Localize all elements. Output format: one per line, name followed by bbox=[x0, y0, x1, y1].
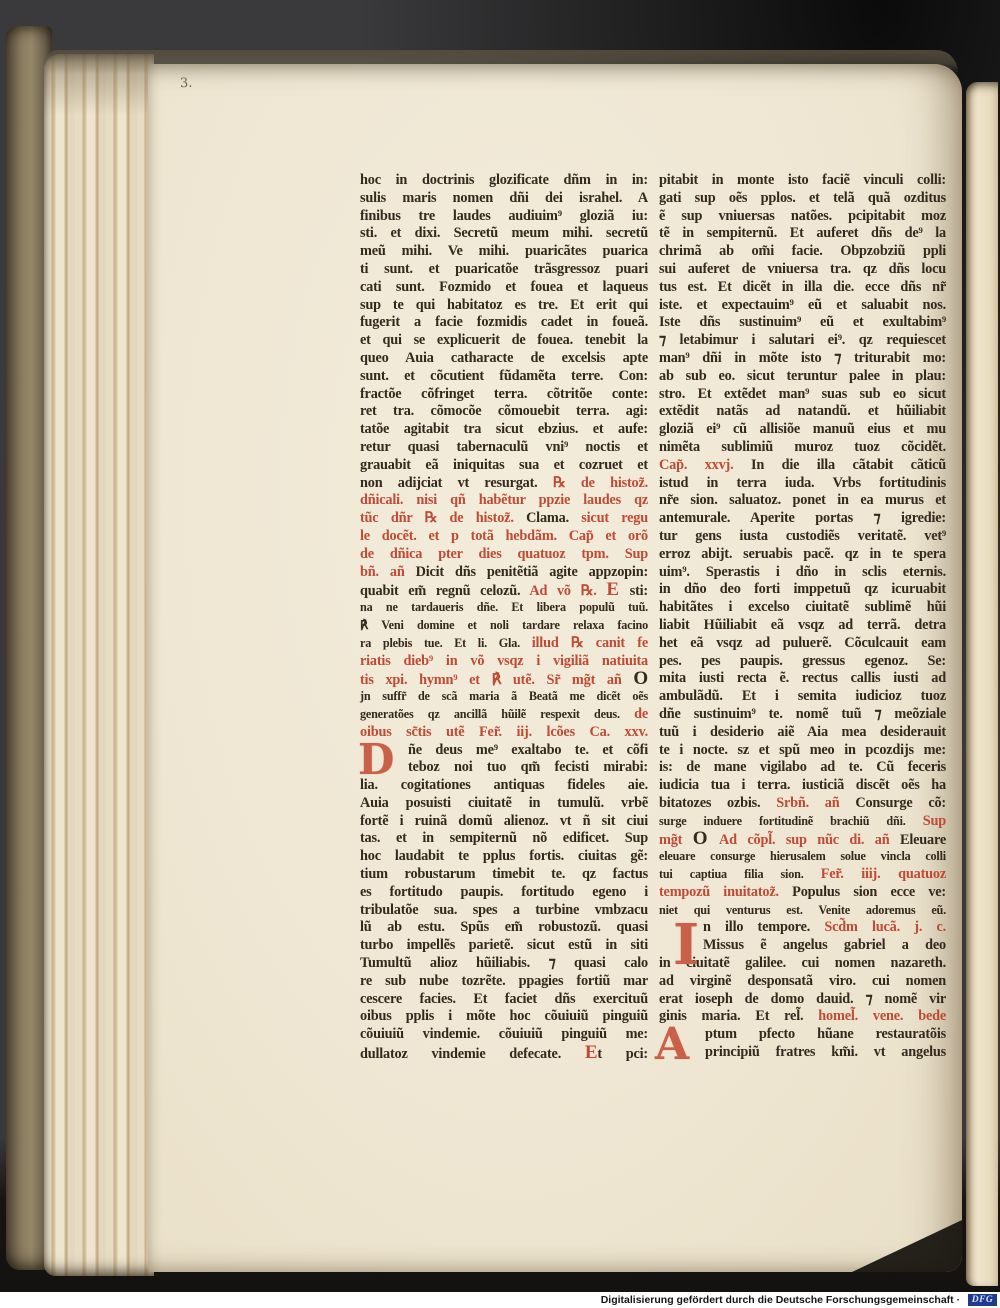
rubric-text-segment: Srbñ. añ bbox=[776, 795, 855, 811]
text-segment: tium robustarum timebit te. qz factus bbox=[360, 866, 648, 882]
text-segment: ñe deus me⁹ exaltabo te. et cõfi bbox=[408, 742, 648, 758]
rubric-text-segment: bñ. añ bbox=[360, 564, 416, 580]
text-segment: stro. Et extẽdet man⁹ suas sub eo sicut bbox=[659, 386, 946, 402]
text-segment: tus est. Et dicẽt in illa die. ecce dñs … bbox=[659, 279, 946, 295]
text-line: generatões qz ancillã hũilẽ respexit deu… bbox=[360, 706, 648, 724]
text-line: dñicali. nisi qñ habẽtur ppzie laudes qz bbox=[360, 492, 648, 510]
text-segment: O bbox=[633, 668, 648, 689]
text-line: fractõe cõfringet terra. cõtritõe conte: bbox=[360, 386, 648, 404]
text-line: liabit Hũiliabit eã vsqz ad terrã. detra bbox=[659, 617, 946, 635]
text-segment: pitabit in monte isto faciẽ vinculi coll… bbox=[659, 172, 946, 188]
rubric-text-segment: Ad cõpl̃. sup nũc di. añ bbox=[719, 832, 900, 848]
text-segment: surge induere fortitudinẽ brachiũ dñi. bbox=[659, 814, 923, 828]
text-line: fugerit a facie fozmidis cadet in foueã. bbox=[360, 314, 648, 332]
text-segment: Consurge cõ: bbox=[855, 795, 946, 811]
text-line: in ciuitatẽ galilee. cui nomen nazareth. bbox=[659, 955, 946, 973]
text-line: Iste dñs sustinuim⁹ eũ et exultabim⁹ bbox=[659, 314, 946, 332]
text-segment: n illo tempore. bbox=[703, 919, 824, 935]
text-line: ẽ sup vniuersas natões. pcipitabit moz bbox=[659, 208, 946, 226]
book-page: 3. hoc in doctrinis glozificate dñm in i… bbox=[148, 64, 962, 1272]
rubric-text-segment: oibus sc̃tis utẽ Fer̃. iij. lcões Ca. xx… bbox=[360, 724, 648, 740]
text-line: antemurale. Aperite portas ⁊ igredie: bbox=[659, 510, 946, 528]
text-line: et qui se explicuerit de fouea. tenebit … bbox=[360, 332, 648, 350]
text-segment: sui auferet de vniuersa tra. qz dñs locu bbox=[659, 261, 946, 277]
text-segment: ti sunt. et puaricatõe trãsgressoz puari bbox=[360, 261, 648, 277]
text-segment: ra plebis tue. Et li. Gla. bbox=[360, 636, 532, 650]
text-line: oibus sc̃tis utẽ Fer̃. iij. lcões Ca. xx… bbox=[360, 724, 648, 742]
rubric-text-segment: de bbox=[634, 706, 648, 722]
text-segment: sunt. et cõcutient fũdamẽta terre. Con: bbox=[360, 368, 648, 384]
text-line: principiũ fratres km̃i. vt angelus bbox=[659, 1044, 946, 1062]
text-segment: quabit em̃ regnũ celozũ. bbox=[360, 583, 529, 599]
rubric-text-segment: Sup bbox=[923, 813, 946, 829]
text-segment: ad virginẽ desponsatã viro. cui nomen bbox=[659, 973, 946, 989]
rubric-text-segment: Fer̃. iiij. quatuoz bbox=[821, 866, 946, 882]
text-segment: dullatoz vindemie defecate. bbox=[360, 1046, 585, 1062]
text-segment: oibus pplis i mõte hoc cõuiuiũ pinguiũ bbox=[360, 1008, 648, 1024]
text-segment: iste. et expectauim⁹ eũ et saluabit nos. bbox=[659, 297, 946, 313]
text-line: Auia posuisti ciuitatẽ in tumulũ. vrbẽ bbox=[360, 795, 648, 813]
rubric-text-segment: riatis dieb⁹ in võ vsqz i vigiliã natiui… bbox=[360, 653, 648, 669]
text-segment: principiũ fratres km̃i. vt angelus bbox=[705, 1044, 946, 1060]
text-segment: eleuare consurge hierusalem solue vincla… bbox=[659, 849, 946, 863]
text-segment: het eã vsqz ad puluerẽ. Cõculcauit eam bbox=[659, 635, 946, 651]
text-line: istud in terra iuda. Vrbs fortitudinis bbox=[659, 475, 946, 493]
text-line: ⁊ letabimur i salutari ei⁹. qz requiesce… bbox=[659, 332, 946, 350]
text-line: mg̃t O Ad cõpl̃. sup nũc di. añ Eleuare bbox=[659, 830, 946, 848]
text-segment: tatõe agitabit tra sicut ebzius. et aufe… bbox=[360, 421, 648, 437]
text-line: ab sub eo. sicut teruntur palee in plau: bbox=[659, 368, 946, 386]
text-segment: erat ioseph de domo dauid. ⁊ nomẽ vir bbox=[659, 991, 946, 1007]
text-line: tempozũ inuitatoz̃. Populus sion ecce ve… bbox=[659, 884, 946, 902]
text-line: uim⁹. Sperastis i dño in sclis eternis. bbox=[659, 564, 946, 582]
rubric-text-segment: Scd̃m lucã. j. c. bbox=[824, 919, 946, 935]
text-segment: O bbox=[693, 828, 719, 849]
text-segment: nr̃e sion. saluatoz. ponet in ea murus e… bbox=[659, 492, 946, 508]
text-line: ginis maria. Et rel̃. homel̃. vene. bede bbox=[659, 1008, 946, 1026]
text-column-left: hoc in doctrinis glozificate dñm in in:s… bbox=[360, 172, 648, 1068]
rubric-text-segment: sicut regu bbox=[581, 510, 648, 526]
text-line: pitabit in monte isto faciẽ vinculi coll… bbox=[659, 172, 946, 190]
text-line: retur quasi tabernaculũ vni⁹ noctis et bbox=[360, 439, 648, 457]
text-segment: antemurale. Aperite portas ⁊ igredie: bbox=[659, 510, 946, 526]
text-line: hoc in doctrinis glozificate dñm in in: bbox=[360, 172, 648, 190]
text-line: cescere facies. Et faciet dñs exercituũ bbox=[360, 991, 648, 1009]
text-line: tis xpi. hymn⁹ et ℟ utẽ. Sr̃ mg̃t añ O bbox=[360, 670, 648, 688]
text-line: sup te qui habitatoz es tre. Et erit qui bbox=[360, 297, 648, 315]
text-line: de dñica pter dies quatuoz tpm. Sup bbox=[360, 546, 648, 564]
rubric-text-segment: E bbox=[606, 579, 629, 600]
text-line: gati sup oẽs pplos. et telã quã ozditus bbox=[659, 190, 946, 208]
text-segment: te i nocte. sz et spũ meo in pcozdijs me… bbox=[659, 742, 946, 758]
text-line: erat ioseph de domo dauid. ⁊ nomẽ vir bbox=[659, 991, 946, 1009]
text-segment: cescere facies. Et faciet dñs exercituũ bbox=[360, 991, 648, 1007]
text-line: bñ. añ Dicit dñs penitẽtiã agite appzopi… bbox=[360, 564, 648, 582]
text-line: het eã vsqz ad puluerẽ. Cõculcauit eam bbox=[659, 635, 946, 653]
text-segment: liabit Hũiliabit eã vsqz ad terrã. detra bbox=[659, 617, 946, 633]
rubric-text-segment: le docẽt. et p totã hebdãm. Cap̃ et orõ bbox=[360, 528, 648, 544]
text-segment: gati sup oẽs pplos. et telã quã ozditus bbox=[659, 190, 946, 206]
text-segment: et qui se explicuerit de fouea. tenebit … bbox=[360, 332, 648, 348]
text-segment: Clama. bbox=[526, 510, 581, 526]
illuminated-initial: I bbox=[673, 917, 699, 973]
text-segment: habitãtes i excelso ciuitatẽ sublimẽ hũi bbox=[659, 599, 946, 615]
text-segment: ab sub eo. sicut teruntur palee in plau: bbox=[659, 368, 946, 384]
text-segment: Auia posuisti ciuitatẽ in tumulũ. vrbẽ bbox=[360, 795, 648, 811]
text-segment: gloziã ei⁹ cũ allisiõe manuũ eius et mu bbox=[659, 421, 946, 437]
text-line: jn suffr̃ de scã maria ã Beatã me dicẽt … bbox=[360, 688, 648, 706]
text-line: ti sunt. et puaricatõe trãsgressoz puari bbox=[360, 261, 648, 279]
text-segment: sup te qui habitatoz es tre. Et erit qui bbox=[360, 297, 648, 313]
text-line: te i nocte. sz et spũ meo in pcozdijs me… bbox=[659, 742, 946, 760]
text-line: tũc dñr ℞ de histoz̃. Clama. sicut regu bbox=[360, 510, 648, 528]
rubric-text-segment: homel̃. vene. bede bbox=[818, 1008, 946, 1024]
text-segment: tui captiua filia sion. bbox=[659, 867, 821, 881]
text-line: stro. Et extẽdet man⁹ suas sub eo sicut bbox=[659, 386, 946, 404]
text-segment: mita iusti recta ẽ. rectus callis iusti … bbox=[659, 670, 946, 686]
text-line: Tumultũ alioz hũiliabis. ⁊ quasi calo bbox=[360, 955, 648, 973]
text-segment: retur quasi tabernaculũ vni⁹ noctis et bbox=[360, 439, 648, 455]
text-line: tatõe agitabit tra sicut ebzius. et aufe… bbox=[360, 421, 648, 439]
text-segment: nimẽta sublimiũ muroz tuoz cõcidẽt. bbox=[659, 439, 946, 455]
foliation-number: 3. bbox=[180, 76, 193, 91]
text-line: ptum pfecto hũane restauratõis bbox=[659, 1026, 946, 1044]
text-line: riatis dieb⁹ in võ vsqz i vigiliã natiui… bbox=[360, 653, 648, 671]
text-line: nimẽta sublimiũ muroz tuoz cõcidẽt. bbox=[659, 439, 946, 457]
text-segment: fortẽ i ruinã domũ alienoz. vt ñ sit ciu… bbox=[360, 813, 648, 829]
text-segment: niet qui venturus est. Venite adoremus e… bbox=[659, 903, 946, 917]
text-line: extẽdit natãs ad natandũ. et hũiliabit bbox=[659, 403, 946, 421]
text-segment: Iste dñs sustinuim⁹ eũ et exultabim⁹ bbox=[659, 314, 946, 330]
text-line: ñe deus me⁹ exaltabo te. et cõfi bbox=[360, 742, 648, 760]
text-segment: lũ ab estu. Spũs em̃ robustozũ. quasi bbox=[360, 919, 648, 935]
text-segment: man⁹ dñi in mõte isto ⁊ triturabit mo: bbox=[659, 350, 946, 366]
text-segment: sulis maris nomen dñi dei israhel. A bbox=[360, 190, 648, 206]
text-segment: sti. et dixi. Secretũ meum mihi. secretũ bbox=[360, 225, 648, 241]
illuminated-initial: D bbox=[358, 739, 394, 781]
text-line: Missus ẽ angelus gabriel a deo bbox=[659, 937, 946, 955]
rubric-text-segment: Ad võ ℞. bbox=[529, 583, 606, 599]
text-line: iste. et expectauim⁹ eũ et saluabit nos. bbox=[659, 297, 946, 315]
text-line: habitãtes i excelso ciuitatẽ sublimẽ hũi bbox=[659, 599, 946, 617]
text-line: niet qui venturus est. Venite adoremus e… bbox=[659, 902, 946, 920]
page-edges-stack bbox=[44, 54, 154, 1276]
text-segment: iudicia tua i terra. iusticiã discẽt oẽs… bbox=[659, 777, 946, 793]
page-corner-shadow bbox=[852, 1220, 962, 1272]
text-segment: hoc in doctrinis glozificate dñm in in: bbox=[360, 172, 648, 188]
text-segment: tribulatõe sua. spes a turbine vmbzacu bbox=[360, 902, 648, 918]
text-segment: finibus tre laudes audiuim⁹ gloziã iu: bbox=[360, 208, 648, 224]
rubric-text-segment: E bbox=[585, 1042, 597, 1063]
text-segment: tur gens iusta custodiẽs veritatẽ. vet⁹ bbox=[659, 528, 946, 544]
text-segment: tẽ in sempiternũ. Et auferet dñs de⁹ la bbox=[659, 225, 946, 241]
text-line: mita iusti recta ẽ. rectus callis iusti … bbox=[659, 670, 946, 688]
text-line: hoc laudabit te pplus fortis. ciuitas gẽ… bbox=[360, 848, 648, 866]
rubric-text-segment: tis xpi. hymn⁹ et ℟ utẽ. Sr̃ mg̃t añ bbox=[360, 672, 633, 688]
text-segment: meũ mihi. Ve mihi. puaricãtes puarica bbox=[360, 243, 648, 259]
text-line: tẽ in sempiternũ. Et auferet dñs de⁹ la bbox=[659, 225, 946, 243]
facing-page-edge bbox=[966, 82, 998, 1286]
text-segment: Tumultũ alioz hũiliabis. ⁊ quasi calo bbox=[360, 955, 648, 971]
text-segment: cati sunt. Fozmido et fouea et laqueus bbox=[360, 279, 648, 295]
text-segment: dñe sustinuim⁹ te. nomẽ tuũ ⁊ meõziale bbox=[659, 706, 946, 722]
text-segment: tuũ i desiderio aiẽ Aia mea desiderauit bbox=[659, 724, 946, 740]
text-line: sunt. et cõcutient fũdamẽta terre. Con: bbox=[360, 368, 648, 386]
text-segment: t pci: bbox=[597, 1046, 648, 1062]
dfg-footer: Digitalisierung gefördert durch die Deut… bbox=[0, 1292, 1000, 1308]
text-line: ra plebis tue. Et li. Gla. illud ℞ canit… bbox=[360, 635, 648, 653]
text-line: tas. et in sempiternũ nõ edificet. Sup bbox=[360, 830, 648, 848]
text-line: non adijciat vt resurgat. ℞ de histoz̃. bbox=[360, 475, 648, 493]
text-line: le docẽt. et p totã hebdãm. Cap̃ et orõ bbox=[360, 528, 648, 546]
text-line: grauabit eã iniquitas sua et cozruet et bbox=[360, 457, 648, 475]
rubric-text-segment: mg̃t bbox=[659, 832, 693, 848]
text-segment: is: de mane vigilabo ad te. Cũ feceris bbox=[659, 759, 946, 775]
rubric-text-segment: Cap̃. xxvj. bbox=[659, 457, 751, 473]
text-column-right: pitabit in monte isto faciẽ vinculi coll… bbox=[659, 172, 946, 1068]
text-segment: lia. cogitationes antiquas fideles aie. bbox=[360, 777, 648, 793]
text-line: meũ mihi. Ve mihi. puaricãtes puarica bbox=[360, 243, 648, 261]
text-line: sti. et dixi. Secretũ meum mihi. secretũ bbox=[360, 225, 648, 243]
text-segment: fractõe cõfringet terra. cõtritõe conte: bbox=[360, 386, 648, 402]
text-line: quabit em̃ regnũ celozũ. Ad võ ℞. E sti: bbox=[360, 581, 648, 599]
text-segment: ret tra. cõmocõe cõmouebit terra. agi: bbox=[360, 403, 648, 419]
text-line: re sub nube tozrẽte. ppagies fortiũ mar bbox=[360, 973, 648, 991]
text-segment: teboz noi tuo qm̃ fecisti mirabi: bbox=[408, 759, 648, 775]
text-line: tus est. Et dicẽt in illa die. ecce dñs … bbox=[659, 279, 946, 297]
rubric-text-segment: ℞ de histoz̃. bbox=[553, 475, 648, 491]
text-segment: Missus ẽ angelus gabriel a deo bbox=[703, 937, 946, 953]
text-line: ad virginẽ desponsatã viro. cui nomen bbox=[659, 973, 946, 991]
text-line: iudicia tua i terra. iusticiã discẽt oẽs… bbox=[659, 777, 946, 795]
text-segment: cõuiuiũ vindemie. cõuiuiũ pinguiũ me: bbox=[360, 1026, 648, 1042]
text-line: na ne tardaueris dñe. Et libera populũ t… bbox=[360, 599, 648, 617]
rubric-text-segment: tũc dñr ℞ de histoz̃. bbox=[360, 510, 526, 526]
text-line: sulis maris nomen dñi dei israhel. A bbox=[360, 190, 648, 208]
text-line: pes. pes paupis. gressus egenoz. Se: bbox=[659, 653, 946, 671]
footer-credit-text: Digitalisierung gefördert durch die Deut… bbox=[601, 1294, 960, 1306]
text-segment: in dño deo forti imppetuũ qz icuruabit bbox=[659, 581, 946, 597]
book-scan-photo: 3. hoc in doctrinis glozificate dñm in i… bbox=[0, 0, 1000, 1292]
text-segment: non adijciat vt resurgat. bbox=[360, 475, 553, 491]
text-segment: ambulãdũ. Et i semita iudicioz tuoz bbox=[659, 688, 946, 704]
text-line: in dño deo forti imppetuũ qz icuruabit bbox=[659, 581, 946, 599]
text-line: cati sunt. Fozmido et fouea et laqueus bbox=[360, 279, 648, 297]
text-line: tribulatõe sua. spes a turbine vmbzacu bbox=[360, 902, 648, 920]
text-line: man⁹ dñi in mõte isto ⁊ triturabit mo: bbox=[659, 350, 946, 368]
text-line: chrimã ab om̃i facie. Obpzobziũ ppli bbox=[659, 243, 946, 261]
text-line: oibus pplis i mõte hoc cõuiuiũ pinguiũ bbox=[360, 1008, 648, 1026]
text-segment: turbo impellẽs parietẽ. sicut estũ in si… bbox=[360, 937, 648, 953]
text-segment: In die illa cãtabit cãticũ bbox=[751, 457, 946, 473]
text-segment: in ciuitatẽ galilee. cui nomen nazareth. bbox=[659, 955, 946, 971]
text-segment: na ne tardaueris dñe. Et libera populũ t… bbox=[360, 600, 648, 614]
text-segment: ⁊ letabimur i salutari ei⁹. qz requiesce… bbox=[659, 332, 946, 348]
text-line: sui auferet de vniuersa tra. qz dñs locu bbox=[659, 261, 946, 279]
text-segment: queo Auia catharacte de excelsis apte bbox=[360, 350, 648, 366]
text-line: tuũ i desiderio aiẽ Aia mea desiderauit bbox=[659, 724, 946, 742]
text-line: queo Auia catharacte de excelsis apte bbox=[360, 350, 648, 368]
text-segment: extẽdit natãs ad natandũ. et hũiliabit bbox=[659, 403, 946, 419]
text-line: is: de mane vigilabo ad te. Cũ feceris bbox=[659, 759, 946, 777]
rubric-text-segment: de dñica pter dies quatuoz tpm. Sup bbox=[360, 546, 648, 562]
text-line: ret tra. cõmocõe cõmouebit terra. agi: bbox=[360, 403, 648, 421]
text-line: ℟ Veni domine et noli tardare relaxa fac… bbox=[360, 617, 648, 635]
text-line: es fortitudo paupis. fortitudo egeno i bbox=[360, 884, 648, 902]
text-line: tui captiua filia sion. Fer̃. iiij. quat… bbox=[659, 866, 946, 884]
text-segment: pes. pes paupis. gressus egenoz. Se: bbox=[659, 653, 946, 669]
text-segment: Dicit dñs penitẽtiã agite appzopin: bbox=[416, 564, 648, 580]
text-segment: generatões qz ancillã hũilẽ respexit deu… bbox=[360, 707, 634, 721]
text-segment: ẽ sup vniuersas natões. pcipitabit moz bbox=[659, 208, 946, 224]
text-line: dullatoz vindemie defecate. Et pci: bbox=[360, 1044, 648, 1062]
text-segment: fugerit a facie fozmidis cadet in foueã. bbox=[360, 314, 648, 330]
text-line: ambulãdũ. Et i semita iudicioz tuoz bbox=[659, 688, 946, 706]
text-line: n illo tempore. Scd̃m lucã. j. c. bbox=[659, 919, 946, 937]
illuminated-initial: A bbox=[655, 1023, 689, 1067]
text-segment: hoc laudabit te pplus fortis. ciuitas gẽ… bbox=[360, 848, 648, 864]
text-line: bitatozes ozbis. Srbñ. añ Consurge cõ: bbox=[659, 795, 946, 813]
text-segment: istud in terra iuda. Vrbs fortitudinis bbox=[659, 475, 946, 491]
text-segment: es fortitudo paupis. fortitudo egeno i bbox=[360, 884, 648, 900]
text-line: cõuiuiũ vindemie. cõuiuiũ pinguiũ me: bbox=[360, 1026, 648, 1044]
text-segment: ptum pfecto hũane restauratõis bbox=[705, 1026, 946, 1042]
text-line: finibus tre laudes audiuim⁹ gloziã iu: bbox=[360, 208, 648, 226]
text-segment: re sub nube tozrẽte. ppagies fortiũ mar bbox=[360, 973, 648, 989]
text-line: eleuare consurge hierusalem solue vincla… bbox=[659, 848, 946, 866]
text-line: teboz noi tuo qm̃ fecisti mirabi: bbox=[360, 759, 648, 777]
text-line: dñe sustinuim⁹ te. nomẽ tuũ ⁊ meõziale bbox=[659, 706, 946, 724]
text-line: tur gens iusta custodiẽs veritatẽ. vet⁹ bbox=[659, 528, 946, 546]
text-segment: Populus sion ecce ve: bbox=[792, 884, 946, 900]
text-line: gloziã ei⁹ cũ allisiõe manuũ eius et mu bbox=[659, 421, 946, 439]
text-segment: jn suffr̃ de scã maria ã Beatã me dicẽt … bbox=[360, 689, 648, 703]
text-line: tium robustarum timebit te. qz factus bbox=[360, 866, 648, 884]
rubric-text-segment: illud ℞ canit fe bbox=[532, 635, 648, 651]
text-segment: bitatozes ozbis. bbox=[659, 795, 776, 811]
text-segment: uim⁹. Sperastis i dño in sclis eternis. bbox=[659, 564, 946, 580]
rubric-text-segment: tempozũ inuitatoz̃. bbox=[659, 884, 792, 900]
text-line: turbo impellẽs parietẽ. sicut estũ in si… bbox=[360, 937, 648, 955]
text-line: lũ ab estu. Spũs em̃ robustozũ. quasi bbox=[360, 919, 648, 937]
dfg-logo: DFG bbox=[968, 1294, 997, 1306]
text-line: nr̃e sion. saluatoz. ponet in ea murus e… bbox=[659, 492, 946, 510]
text-segment: ℟ Veni domine et noli tardare relaxa fac… bbox=[360, 618, 648, 632]
text-line: fortẽ i ruinã domũ alienoz. vt ñ sit ciu… bbox=[360, 813, 648, 831]
text-line: Cap̃. xxvj. In die illa cãtabit cãticũ bbox=[659, 457, 946, 475]
text-segment: erroz abijt. seruabis pacẽ. qz in te spe… bbox=[659, 546, 946, 562]
text-segment: sti: bbox=[630, 583, 648, 599]
rubric-text-segment: dñicali. nisi qñ habẽtur ppzie laudes qz bbox=[360, 492, 648, 508]
text-segment: grauabit eã iniquitas sua et cozruet et bbox=[360, 457, 648, 473]
text-segment: tas. et in sempiternũ nõ edificet. Sup bbox=[360, 830, 648, 846]
text-segment: Eleuare bbox=[900, 832, 946, 848]
text-line: lia. cogitationes antiquas fideles aie. bbox=[360, 777, 648, 795]
text-segment: chrimã ab om̃i facie. Obpzobziũ ppli bbox=[659, 243, 946, 259]
text-line: erroz abijt. seruabis pacẽ. qz in te spe… bbox=[659, 546, 946, 564]
